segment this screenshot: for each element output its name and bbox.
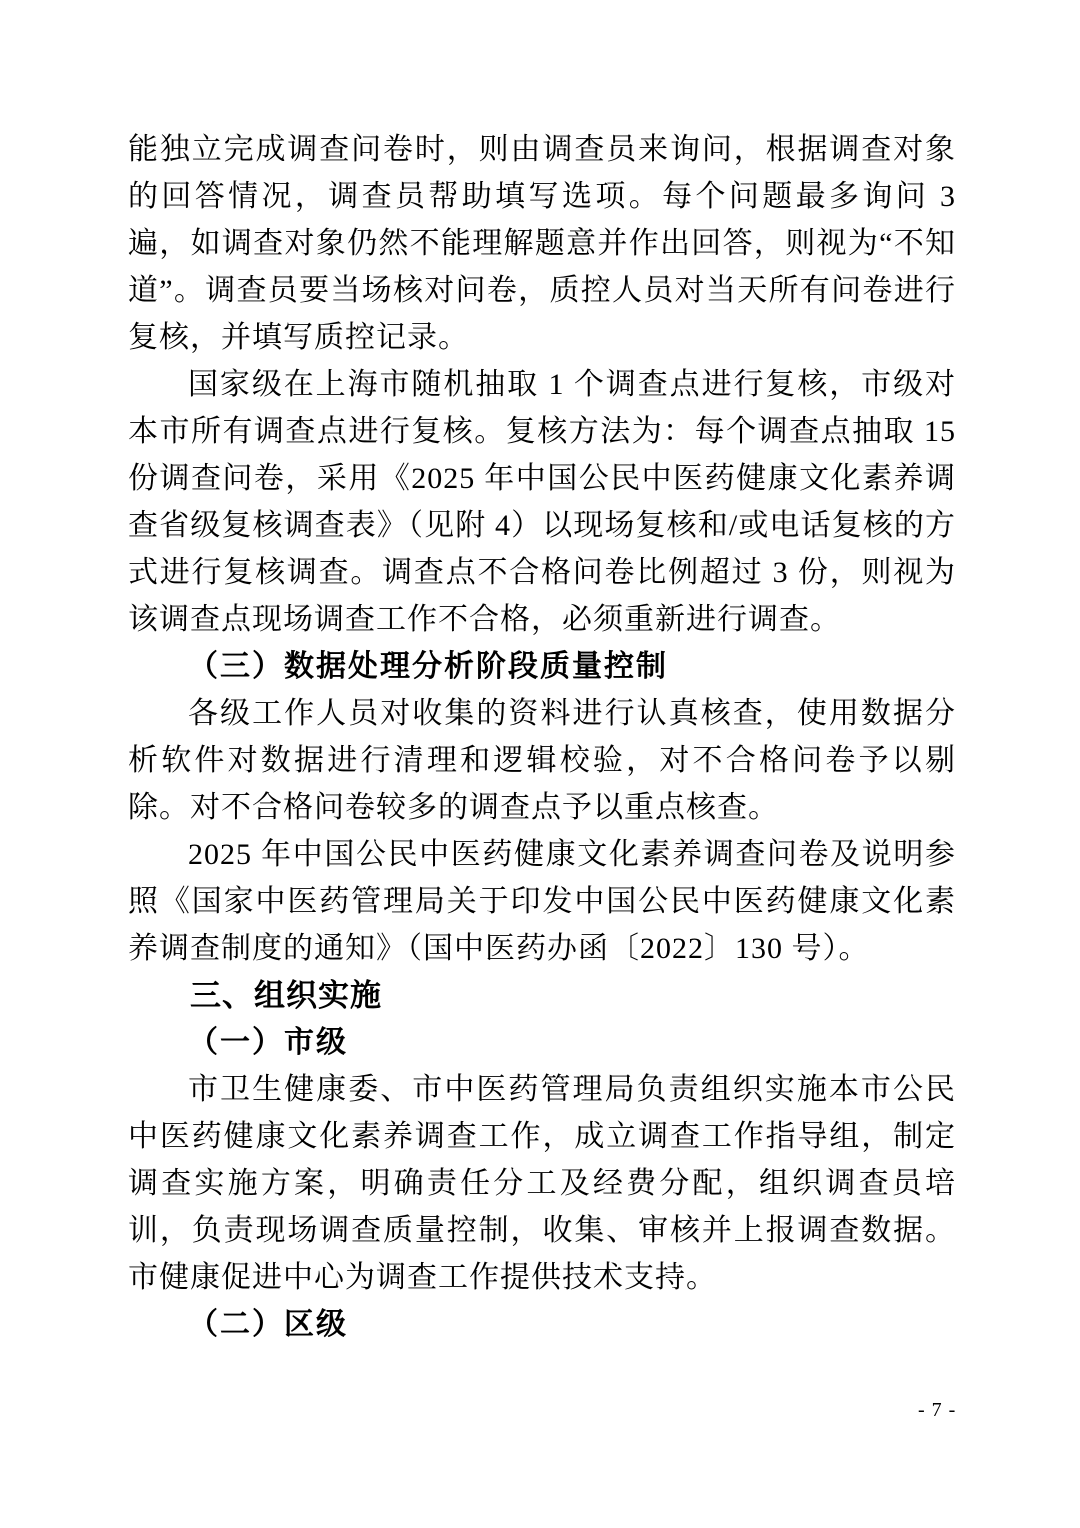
- paragraph-national-review: 国家级在上海市随机抽取 1 个调查点进行复核，市级对本市所有调查点进行复核。复核…: [128, 361, 956, 643]
- heading-city-level: （一）市级: [128, 1019, 956, 1066]
- paragraph-city-level-duties: 市卫生健康委、市中医药管理局负责组织实施本市公民中医药健康文化素养调查工作，成立…: [128, 1066, 956, 1301]
- paragraph-questionnaire-reference: 2025 年中国公民中医药健康文化素养调查问卷及说明参照《国家中医药管理局关于印…: [128, 831, 956, 972]
- paragraph-survey-assist-continuation: 能独立完成调查问卷时，则由调查员来询问，根据调查对象的回答情况，调查员帮助填写选…: [128, 126, 956, 361]
- document-page: 能独立完成调查问卷时，则由调查员来询问，根据调查对象的回答情况，调查员帮助填写选…: [0, 0, 1080, 1528]
- heading-organization-implementation: 三、组织实施: [128, 972, 956, 1019]
- document-body: 能独立完成调查问卷时，则由调查员来询问，根据调查对象的回答情况，调查员帮助填写选…: [128, 126, 956, 1348]
- heading-data-processing-quality-control: （三）数据处理分析阶段质量控制: [128, 643, 956, 690]
- page-number: - 7 -: [918, 1398, 956, 1422]
- paragraph-data-cleaning: 各级工作人员对收集的资料进行认真核查，使用数据分析软件对数据进行清理和逻辑校验，…: [128, 690, 956, 831]
- heading-district-level: （二）区级: [128, 1301, 956, 1348]
